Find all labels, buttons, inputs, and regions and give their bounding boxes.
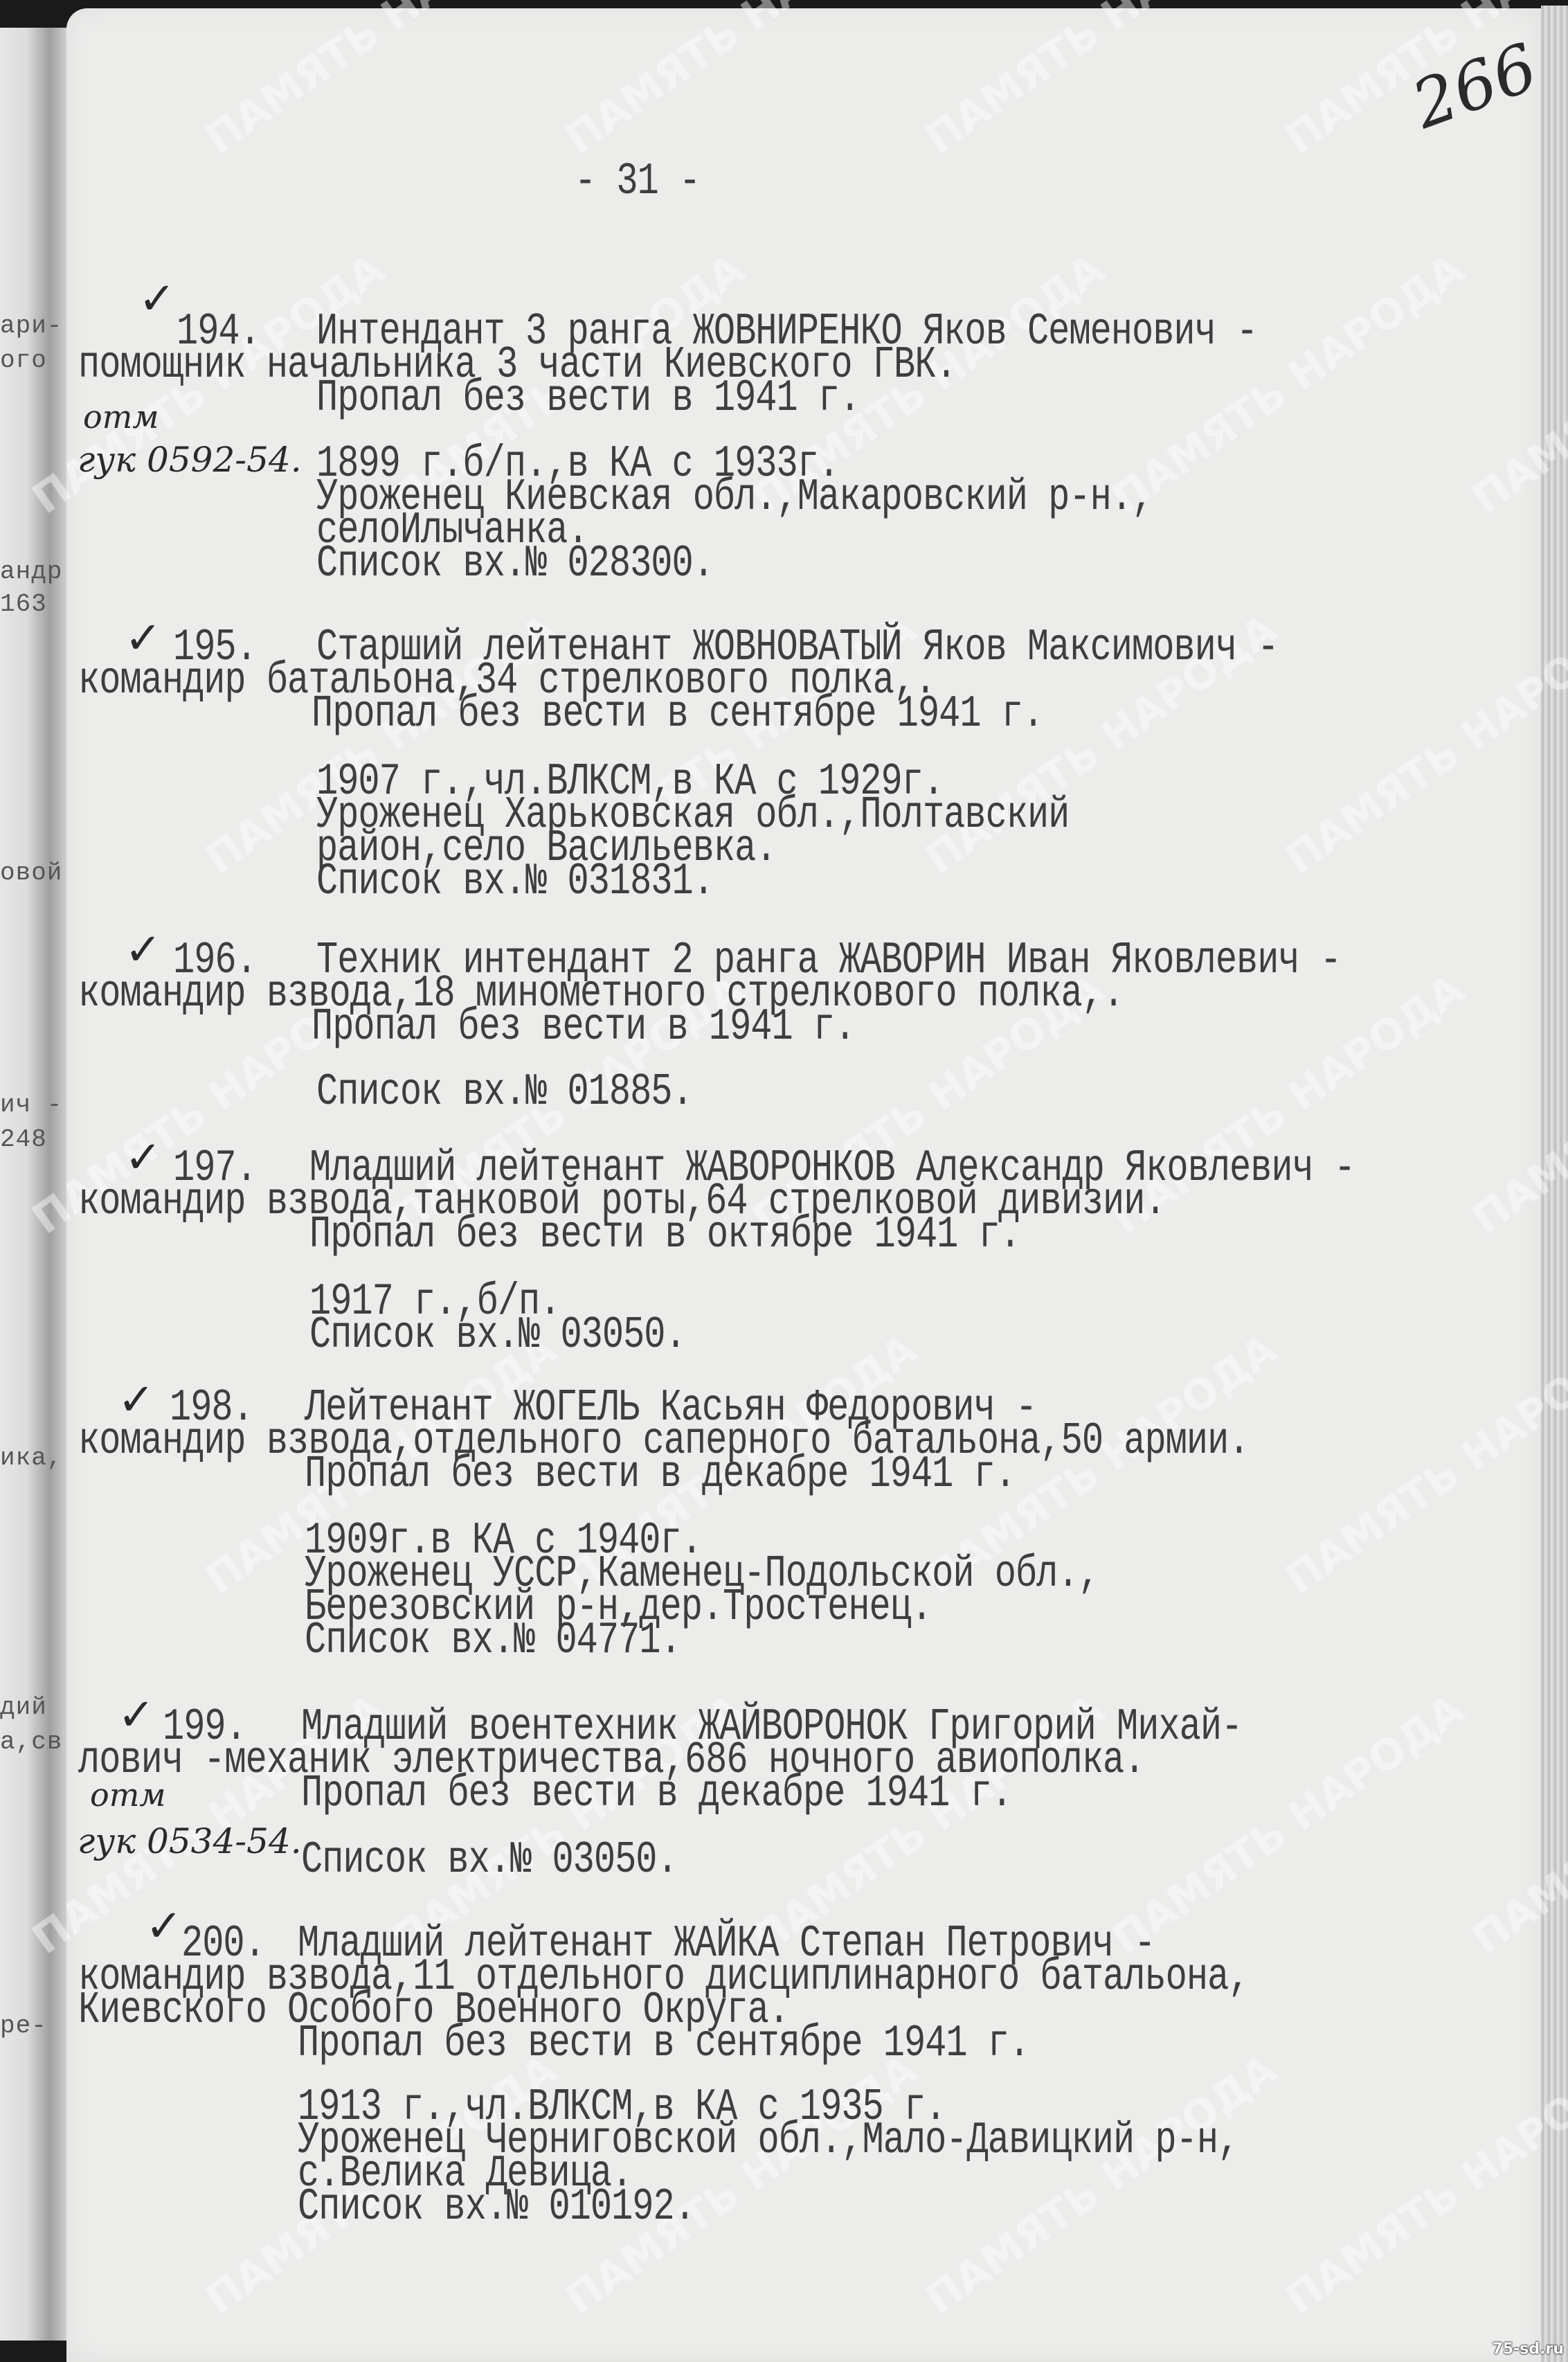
left-page-fragment: овой [0,859,62,887]
left-page-fragment: ика, [0,1444,62,1472]
left-page-fragment: ого [0,346,47,375]
entry-text-line: Список вх.№ 028300. [316,538,714,589]
entry-text-line: Пропал без вести в декабре 1941 г. [305,1449,1016,1500]
entry-text-line: Список вх.№ 01885. [316,1066,693,1118]
left-page-fragment: а,св [0,1728,62,1756]
page-stack-edges [1541,6,1568,2362]
left-page-fragment: 248 [0,1125,47,1154]
margin-note-mark: отм [83,398,159,436]
entry-text-line: Пропал без вести в октябре 1941 г. [309,1209,1020,1260]
entry-text-line: Пропал без вести в 1941 г. [316,373,860,424]
entry-text-line: Пропал без вести в сентябре 1941 г. [298,2018,1029,2069]
left-page-fragment: ари- [0,312,62,340]
margin-note-mark: отм [90,1776,165,1814]
entry-text-line: Пропал без вести в 1941 г. [312,1001,855,1053]
entry-text-line: Пропал без вести в декабре 1941 г. [301,1768,1012,1819]
left-page-fragment: ич - [0,1091,62,1119]
entry-text-line: Список вх.№ 03050. [309,1309,686,1361]
typed-page-number: - 31 - [575,156,700,207]
entry-text-line: Список вх.№ 010192. [298,2181,695,2233]
entry-text-line: Список вх.№ 04771. [305,1615,681,1666]
checkmark-icon: ✓ [138,274,176,325]
left-page-fragment: ре- [0,2012,47,2040]
left-page-fragment: дий [0,1693,47,1721]
entry-text-line: Список вх.№ 031831. [316,856,714,907]
entry-text-line: Список вх.№ 03050. [301,1834,678,1886]
adjacent-page-strip: ари- ого андр 163 овой ич - 248 ика, дий… [0,28,66,2341]
margin-note-reference: гук 0592-54. [78,440,302,480]
checkmark-icon: ✓ [145,1901,183,1952]
checkmark-icon: ✓ [118,1690,155,1741]
left-page-fragment: 163 [0,590,47,618]
entry-text-line: Пропал без вести в сентябре 1941 г. [312,688,1043,740]
left-page-fragment: андр [0,557,62,586]
site-watermark: 75-sd.ru [1493,2341,1564,2358]
margin-note-reference: гук 0534-54. [78,1821,302,1861]
